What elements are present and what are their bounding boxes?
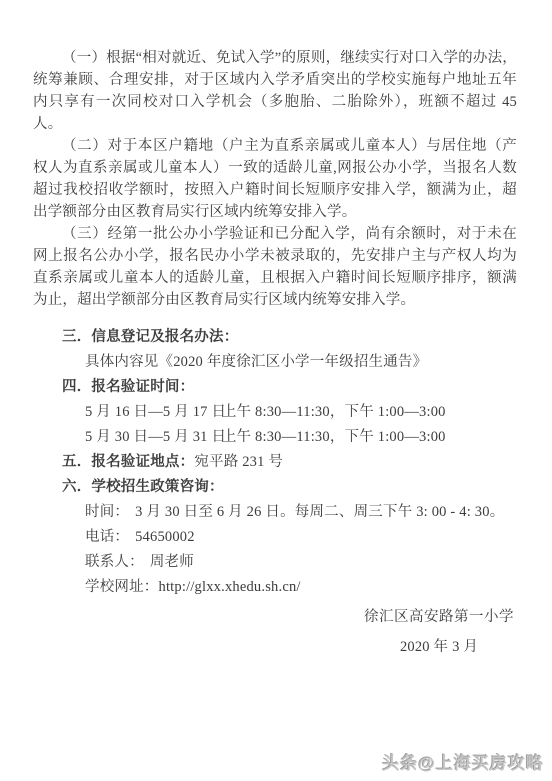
schedule-row-2-times: 上午 8:30—11:30，下午 1:00—3:00 xyxy=(222,429,446,445)
verification-schedule-row-1: 5 月 16 日—5 月 17 日 上午 8:30—11:30，下午 1:00—… xyxy=(85,401,517,423)
intro-paragraph-2: （二）对于本区户籍地（户主为直系亲属或儿童本人）与居住地（产权人为直系亲属或儿童… xyxy=(33,135,517,223)
document-page: （一）根据“相对就近、免试入学”的原则，继续实行对口入学的办法，统筹兼顾、合理安… xyxy=(0,0,552,781)
signature-block: 徐汇区高安路第一小学 2020 年 3 月 xyxy=(364,606,514,658)
consult-contact-line: 联系人：周老师 xyxy=(85,551,517,573)
schedule-row-1-times: 上午 8:30—11:30，下午 1:00—3:00 xyxy=(222,404,446,420)
section-5-line: 五．报名验证地点：宛平路 231 号 xyxy=(62,451,517,473)
sections-list: 三．信息登记及报名办法： 具体内容见《2020 年度徐汇区小学一年级招生通告》 … xyxy=(62,326,517,598)
school-website-line: 学校网址：http://glxx.xhedu.sh.cn/ xyxy=(85,576,517,598)
consult-contact-label: 联系人： xyxy=(85,554,144,570)
consult-time-value: 3 月 30 日至 6 月 26 日。每周二、周三下午 3: 00 - 4: 3… xyxy=(135,504,504,520)
section-4-heading: 四．报名验证时间： xyxy=(62,376,517,398)
school-website-url: http://glxx.xhedu.sh.cn/ xyxy=(159,579,301,595)
consult-time-line: 时间：3 月 30 日至 6 月 26 日。每周二、周三下午 3: 00 - 4… xyxy=(85,501,517,523)
consult-time-label: 时间： xyxy=(85,504,129,520)
section-3-heading: 三．信息登记及报名办法： xyxy=(62,326,517,348)
schedule-row-2-dates: 5 月 30 日—5 月 31 日 xyxy=(85,426,218,448)
consult-phone-value: 54650002 xyxy=(135,529,195,545)
section-5-value: 宛平路 231 号 xyxy=(194,454,283,470)
school-website-label: 学校网址： xyxy=(85,579,159,595)
section-5-heading: 五．报名验证地点： xyxy=(62,454,194,470)
signature-date: 2020 年 3 月 xyxy=(364,636,514,658)
schedule-row-1-dates: 5 月 16 日—5 月 17 日 xyxy=(85,401,218,423)
intro-paragraph-1: （一）根据“相对就近、免试入学”的原则，继续实行对口入学的办法，统筹兼顾、合理安… xyxy=(33,47,517,135)
consult-phone-line: 电话：54650002 xyxy=(85,526,517,548)
consult-phone-label: 电话： xyxy=(85,529,129,545)
verification-schedule-row-2: 5 月 30 日—5 月 31 日 上午 8:30—11:30，下午 1:00—… xyxy=(85,426,517,448)
document-content: （一）根据“相对就近、免试入学”的原则，继续实行对口入学的办法，统筹兼顾、合理安… xyxy=(33,47,517,601)
watermark-text: 头条@上海买房攻略 xyxy=(382,749,544,774)
school-name: 徐汇区高安路第一小学 xyxy=(364,606,514,628)
consult-contact-value: 周老师 xyxy=(150,554,194,570)
intro-paragraph-3: （三）经第一批公办小学验证和已分配入学，尚有余额时，对于未在网上报名公办小学，报… xyxy=(33,223,517,311)
section-6-heading: 六．学校招生政策咨询： xyxy=(62,476,517,498)
section-3-body: 具体内容见《2020 年度徐汇区小学一年级招生通告》 xyxy=(85,351,517,373)
